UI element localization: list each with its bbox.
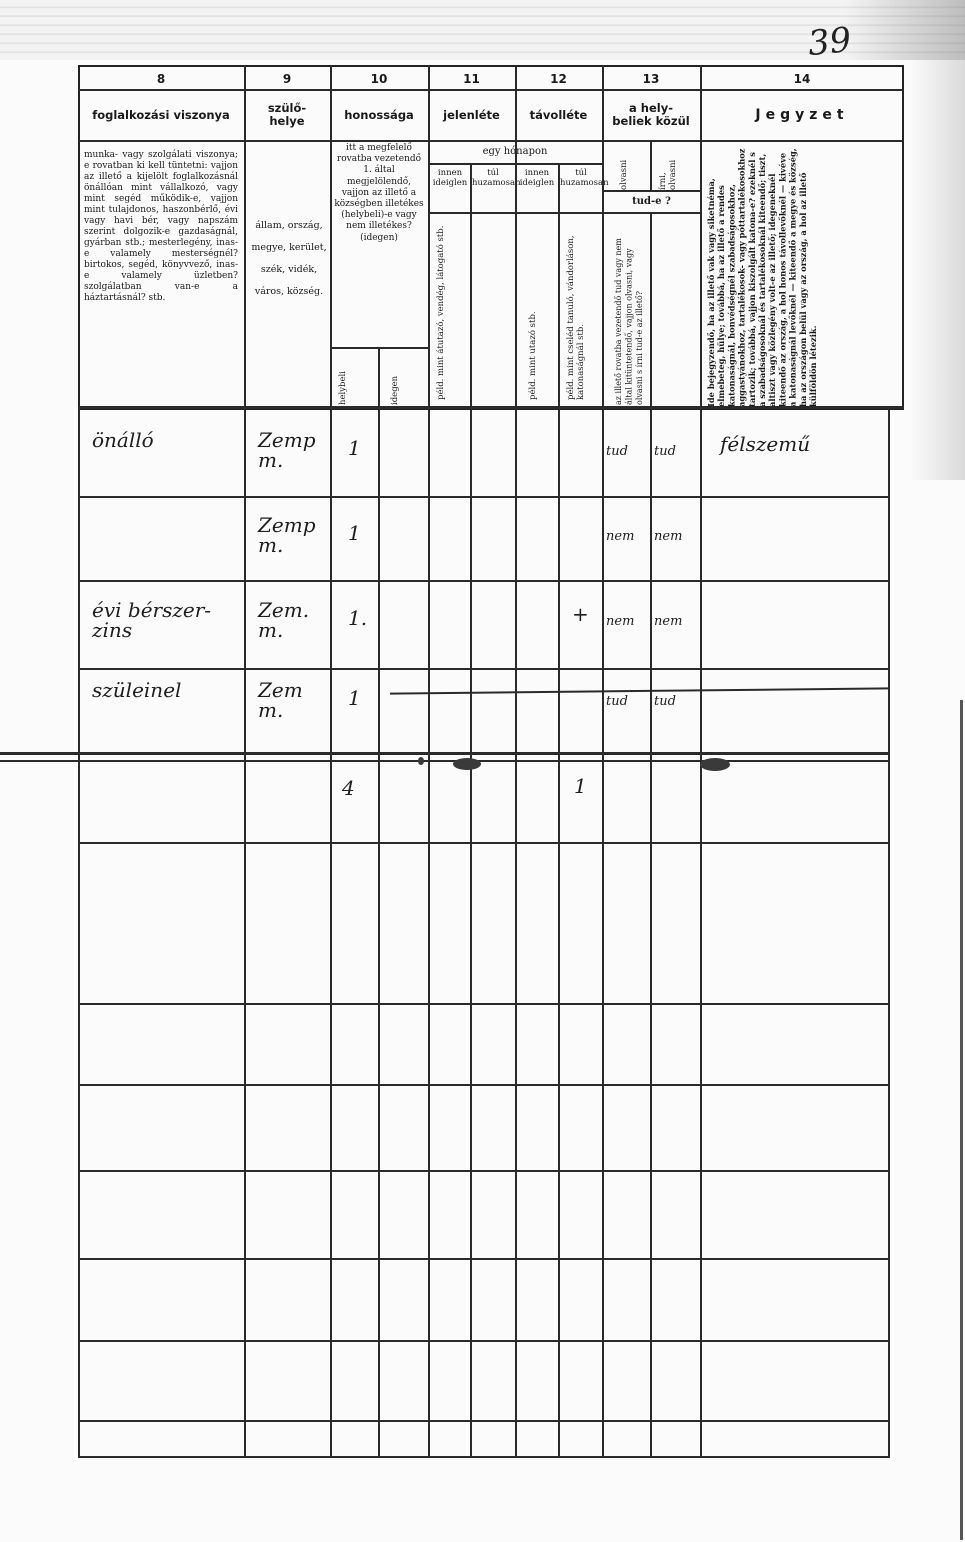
column-number: 14 — [700, 70, 904, 88]
body-column-divider — [470, 408, 472, 1458]
col13-question: tud-e ? — [605, 196, 698, 208]
total-helybeli: 4 — [342, 778, 355, 798]
column-title: honossága — [330, 92, 428, 138]
row-divider — [78, 496, 888, 498]
helybeli-entry: 1 — [348, 523, 361, 543]
page-number: 39 — [806, 20, 853, 64]
ink-blot — [453, 758, 481, 770]
body-column-divider — [330, 408, 332, 1458]
occupation-entry: évi bérszer- zins — [92, 600, 211, 640]
body-column-divider — [602, 408, 604, 1458]
note-entry: félszemű — [720, 434, 810, 454]
col13-olvasni-label: olvasni — [619, 150, 629, 190]
column-title: jelenléte — [428, 92, 515, 138]
row-divider — [78, 1003, 888, 1005]
occupation-entry: önálló — [92, 430, 154, 450]
strike-line — [390, 687, 890, 694]
olvasni-entry: tud — [606, 442, 628, 462]
olvasni-entry: nem — [606, 527, 634, 547]
helybeli-entry: 1 — [348, 688, 361, 708]
body-column-divider — [244, 408, 246, 1458]
row-divider — [78, 1420, 888, 1422]
birthplace-entry: Zemp m. — [258, 515, 316, 555]
column-title: szülő- helye — [244, 92, 330, 138]
row-divider — [78, 668, 888, 670]
body-column-divider — [515, 408, 517, 1458]
total-col12b: 1 — [574, 776, 587, 796]
irni-olvasni-entry: nem — [654, 527, 682, 547]
col10-helybeli-label: helybeli — [338, 360, 348, 405]
table-bottom — [78, 1456, 888, 1458]
col8-instructions: munka- vagy szolgálati viszonya; e rovat… — [84, 150, 238, 405]
page-edge — [960, 700, 963, 1540]
col12b-sublabel: túl huzamosan — [560, 168, 602, 188]
row-divider — [78, 580, 888, 582]
scan-artifact-right — [910, 60, 965, 480]
col12b-note: péld. mint cseléd tanuló, vándorláson, k… — [566, 225, 594, 400]
row-divider — [78, 1258, 888, 1260]
subcolumn-divider — [650, 212, 652, 408]
col12a-note: péld. mint utazó stb. — [528, 250, 538, 400]
summary-line — [0, 760, 888, 762]
col11b-sublabel: túl huzamosan — [472, 168, 514, 188]
column-divider — [330, 65, 332, 410]
irni-olvasni-entry: nem — [654, 612, 682, 632]
header-bottom — [78, 406, 904, 409]
column-title: foglalkozási viszonya — [78, 92, 244, 138]
column-title: távolléte — [515, 92, 602, 138]
column-number: 13 — [602, 70, 700, 88]
body-column-divider — [700, 408, 702, 1458]
body-column-divider — [78, 408, 80, 1458]
column-divider — [428, 65, 430, 410]
helybeli-entry: 1. — [348, 608, 367, 628]
olvasni-entry: tud — [606, 692, 628, 712]
subcolumn-divider — [470, 163, 472, 408]
helybeli-entry: 1 — [348, 438, 361, 458]
col12a-sublabel: innen ideiglen — [516, 168, 558, 188]
col10-instructions: itt a megfelelő rovatba vezetendő 1. ált… — [334, 143, 424, 343]
col13-note: az illető rovatba vezetendő tud vagy nem… — [614, 220, 684, 405]
col9-instructions: állam, ország, megye, kerület, szék, vid… — [248, 215, 330, 335]
column-number: 9 — [244, 70, 330, 88]
summary-line — [0, 752, 888, 755]
header-divider — [78, 140, 904, 142]
column-number: 10 — [330, 70, 428, 88]
col14-note: Ide bejegyzendő, ha az illető vak vagy s… — [706, 145, 896, 407]
irni-olvasni-entry: tud — [654, 442, 676, 462]
column-divider — [602, 65, 604, 410]
col12b-entry: + — [572, 604, 589, 624]
ink-blot — [700, 758, 730, 771]
header-divider — [78, 89, 904, 91]
subcolumn-divider — [650, 140, 652, 192]
column-title: Jegyzet — [700, 92, 904, 138]
col13-irni-olvasni-label: írni, olvasni — [658, 150, 680, 190]
col11-note: péld. mint átutazó, vendég, látogató stb… — [436, 225, 464, 400]
column-divider — [700, 65, 702, 410]
ink-blot — [418, 757, 424, 765]
col11a-sublabel: innen ideiglen — [430, 168, 470, 188]
birthplace-entry: Zem m. — [258, 680, 303, 720]
body-column-divider — [378, 408, 380, 1458]
body-column-divider — [650, 408, 652, 1458]
body-column-divider — [558, 408, 560, 1458]
body-column-divider — [888, 408, 890, 1458]
subcolumn-divider — [378, 347, 380, 408]
column-title: a hely- beliek közül — [602, 92, 700, 138]
column-divider — [244, 65, 246, 410]
column-number: 8 — [78, 70, 244, 88]
body-column-divider — [428, 408, 430, 1458]
olvasni-entry: nem — [606, 612, 634, 632]
birthplace-entry: Zem. m. — [258, 600, 309, 640]
row-divider — [78, 1084, 888, 1086]
row-divider — [78, 1340, 888, 1342]
birthplace-entry: Zemp m. — [258, 430, 316, 470]
row-divider — [78, 1170, 888, 1172]
column-number: 12 — [515, 70, 602, 88]
row-divider — [78, 842, 888, 844]
col10-idegen-label: idegen — [390, 360, 400, 405]
irni-olvasni-entry: tud — [654, 692, 676, 712]
subcolumn-divider — [558, 163, 560, 408]
occupation-entry: szüleinel — [92, 680, 181, 700]
subcolumn-divider — [515, 140, 517, 408]
column-number: 11 — [428, 70, 515, 88]
